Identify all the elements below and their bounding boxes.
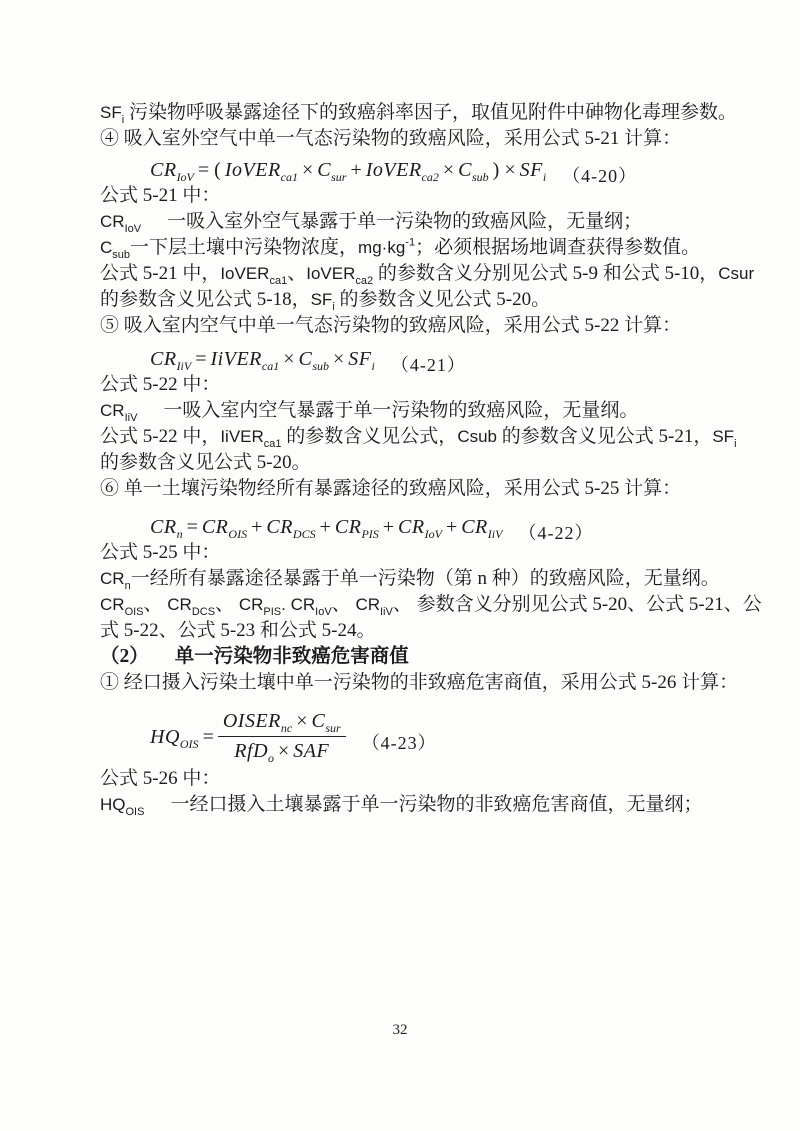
- para-sf-definition: SFi 污染物呼吸暴露途径下的致癌斜率因子，取值见附件中砷物化毒理参数。: [100, 100, 710, 126]
- variable-label: Csur: [718, 264, 754, 283]
- variable-subscript: IoV: [125, 223, 142, 235]
- variable-label: CR: [100, 212, 125, 231]
- definition-cr-n: CRn一经所有暴露途径暴露于单一污染物（第 n 种）的致癌风险，无量纲。: [100, 566, 710, 592]
- variable-label: C: [100, 238, 112, 257]
- variable-label: SF: [712, 427, 734, 446]
- equation-number: （4-22）: [518, 523, 593, 543]
- body-text: 污染物呼吸暴露途径下的致癌斜率因子，取值见附件中砷物化毒理参数。: [129, 102, 737, 123]
- equation-number: （4-21）: [391, 355, 466, 375]
- section-heading-2: （2）单一污染物非致癌危害商值: [100, 644, 710, 670]
- para-formula-5-21-refs: 公式 5-21 中，IoVERca1、IoVERca2 的参数含义分别见公式 5…: [100, 261, 710, 287]
- para-formula-5-21-refs-cont: 的参数含义见公式 5-18，SFi 的参数含义见公式 5-20。: [100, 287, 710, 313]
- para-formula-5-22-refs-cont: 的参数含义见公式 5-20。: [100, 450, 710, 476]
- item-4-outdoor-air-risk: ④ 吸入室外空气中单一气态污染物的致癌风险，采用公式 5-21 计算：: [100, 126, 710, 152]
- item-1-oral-ingestion-hq: ① 经口摄入污染土壤中单一污染物的非致癌危害商值，采用公式 5-26 计算：: [100, 670, 710, 696]
- formula-4-20: CRIoV= (IoVERca1×Csur+IoVERca2×Csub) ×SF…: [150, 158, 710, 183]
- body-text: ④ 吸入室外空气中单一气态污染物的致癌风险，采用公式 5-21 计算：: [100, 128, 681, 149]
- variable-label: IoVER: [220, 264, 269, 283]
- fraction-denominator: RfDo×SAF: [218, 737, 346, 764]
- definition-c-sub: Csub一下层土壤中污染物浓度，mg·kg-1；必须根据场地调查获得参数值。: [100, 235, 710, 261]
- item-5-indoor-air-risk: ⑤ 吸入室内空气中单一气态污染物的致癌风险，采用公式 5-22 计算：: [100, 313, 710, 339]
- body-text: ；必须根据场地调查获得参数值。: [415, 237, 700, 258]
- item-6-all-pathways-risk: ⑥ 单一土壤污染物经所有暴露途径的致癌风险，采用公式 5-25 计算：: [100, 476, 710, 502]
- unit-exponent: -1: [405, 237, 415, 249]
- variable-label: Csub: [457, 427, 497, 446]
- formula-4-22: CRn=CROIS+CRDCS+CRPIS+CRIoV+CRIiV（4-22）: [150, 515, 710, 540]
- fraction-numerator: OISERnc×Csur: [218, 709, 346, 737]
- variable-subscript: sub: [112, 249, 130, 261]
- body-text: 一吸入室内空气暴露于单一污染物的致癌风险，无量纲。: [163, 400, 638, 421]
- variable-subscript: OIS: [126, 806, 145, 818]
- body-text: 一经所有暴露途径暴露于单一污染物（第 n 种）的致癌风险，无量纲。: [131, 568, 720, 589]
- definition-cr-iiv: CRIiV一吸入室内空气暴露于单一污染物的致癌风险，无量纲。: [100, 398, 710, 424]
- variable-subscript: IiV: [125, 412, 138, 424]
- variable-subscript: i: [734, 438, 736, 450]
- body-text: 一经口摄入土壤暴露于单一污染物的非致癌危害商值，无量纲；: [170, 794, 702, 815]
- formula-intro: 公式 5-22 中：: [100, 372, 710, 398]
- variable-label: CR: [100, 569, 125, 588]
- para-cr-list-refs-cont: 式 5-22、公式 5-23 和公式 5-24。: [100, 618, 710, 644]
- variable-label: IoVER: [306, 264, 355, 283]
- formula-intro: 公式 5-25 中：: [100, 540, 710, 566]
- variable-subscript: ca1: [269, 275, 287, 287]
- variable-label: SF: [311, 290, 333, 309]
- definition-cr-iov: CRIoV一吸入室外空气暴露于单一污染物的致癌风险，无量纲；: [100, 209, 710, 235]
- formula-intro: 公式 5-26 中：: [100, 766, 710, 792]
- body-text: 一下层土壤中污染物浓度，: [130, 237, 358, 258]
- variable-label: HQ: [100, 795, 126, 814]
- variable-subscript: ca2: [355, 275, 373, 287]
- unit-label: mg·kg: [358, 238, 405, 257]
- formula-intro: 公式 5-21 中：: [100, 183, 710, 209]
- variable-label: SF: [100, 103, 122, 122]
- page-number: 32: [0, 1022, 800, 1039]
- definition-hq-ois: HQOIS一经口摄入土壤暴露于单一污染物的非致癌危害商值，无量纲；: [100, 792, 710, 818]
- variable-subscript: ca1: [264, 438, 282, 450]
- variable-label: CR: [100, 401, 125, 420]
- document-page: SFi 污染物呼吸暴露途径下的致癌斜率因子，取值见附件中砷物化毒理参数。 ④ 吸…: [0, 0, 800, 1131]
- variable-subscript: i: [122, 114, 124, 126]
- equation-number: （4-20）: [562, 166, 637, 186]
- variable-label: IiVER: [220, 427, 263, 446]
- fraction: OISERnc×CsurRfDo×SAF: [218, 709, 346, 764]
- para-cr-list-refs: CROIS、 CRDCS、 CRPIS. CRIoV、 CRIiV、 参数含义分…: [100, 592, 710, 618]
- section-title: 单一污染物非致癌危害商值: [175, 646, 409, 667]
- para-formula-5-22-refs: 公式 5-22 中，IiVERca1 的参数含义见公式，Csub 的参数含义见公…: [100, 424, 710, 450]
- section-number: （2）: [100, 646, 149, 667]
- equation-number: （4-23）: [362, 733, 437, 753]
- body-text: 一吸入室外空气暴露于单一污染物的致癌风险，无量纲；: [167, 211, 642, 232]
- formula-4-23: HQOIS=OISERnc×CsurRfDo×SAF（4-23）: [150, 711, 710, 766]
- formula-4-21: CRIiV=IiVERca1×Csub×SFi（4-21）: [150, 347, 710, 372]
